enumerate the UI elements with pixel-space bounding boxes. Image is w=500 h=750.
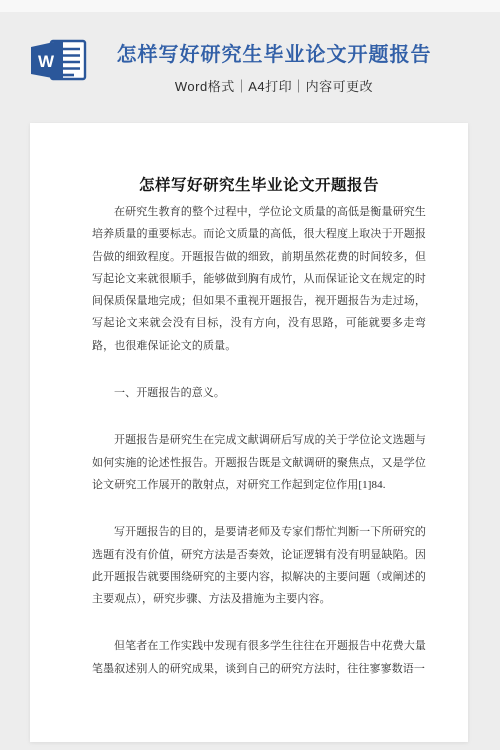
header: W 怎样写好研究生毕业论文开题报告 Word格式｜A4打印｜内容可更改: [0, 12, 500, 123]
document-paragraph: 开题报告是研究生在完成文献调研后写成的关于学位论文选题与如何实施的论述性报告。开…: [92, 429, 426, 496]
document-paragraph: 一、开题报告的意义。: [92, 382, 426, 404]
document-body: 在研究生教育的整个过程中，学位论文质量的高低是衡量研究生培养质量的重要标志。而论…: [92, 201, 426, 680]
document-title: 怎样写好研究生毕业论文开题报告: [92, 175, 426, 197]
header-subtitle: Word格式｜A4打印｜内容可更改: [78, 76, 470, 95]
document-page: 怎样写好研究生毕业论文开题报告 在研究生教育的整个过程中，学位论文质量的高低是衡…: [30, 123, 468, 742]
header-title: 怎样写好研究生毕业论文开题报告: [78, 43, 470, 67]
document-paragraph: 写开题报告的目的，是要请老师及专家们帮忙判断一下所研究的选题有没有价值，研究方法…: [92, 521, 426, 610]
preview-canvas: W 怎样写好研究生毕业论文开题报告 Word格式｜A4打印｜内容可更改 怎样写好…: [0, 0, 500, 750]
document-paragraph: 但笔者在工作实践中发现有很多学生往往在开题报告中花费大量笔墨叙述别人的研究成果，…: [92, 635, 426, 680]
document-paragraph: 在研究生教育的整个过程中，学位论文质量的高低是衡量研究生培养质量的重要标志。而论…: [92, 201, 426, 357]
svg-text:W: W: [38, 52, 55, 71]
header-text: 怎样写好研究生毕业论文开题报告 Word格式｜A4打印｜内容可更改: [78, 12, 470, 95]
top-strip: [0, 0, 500, 12]
